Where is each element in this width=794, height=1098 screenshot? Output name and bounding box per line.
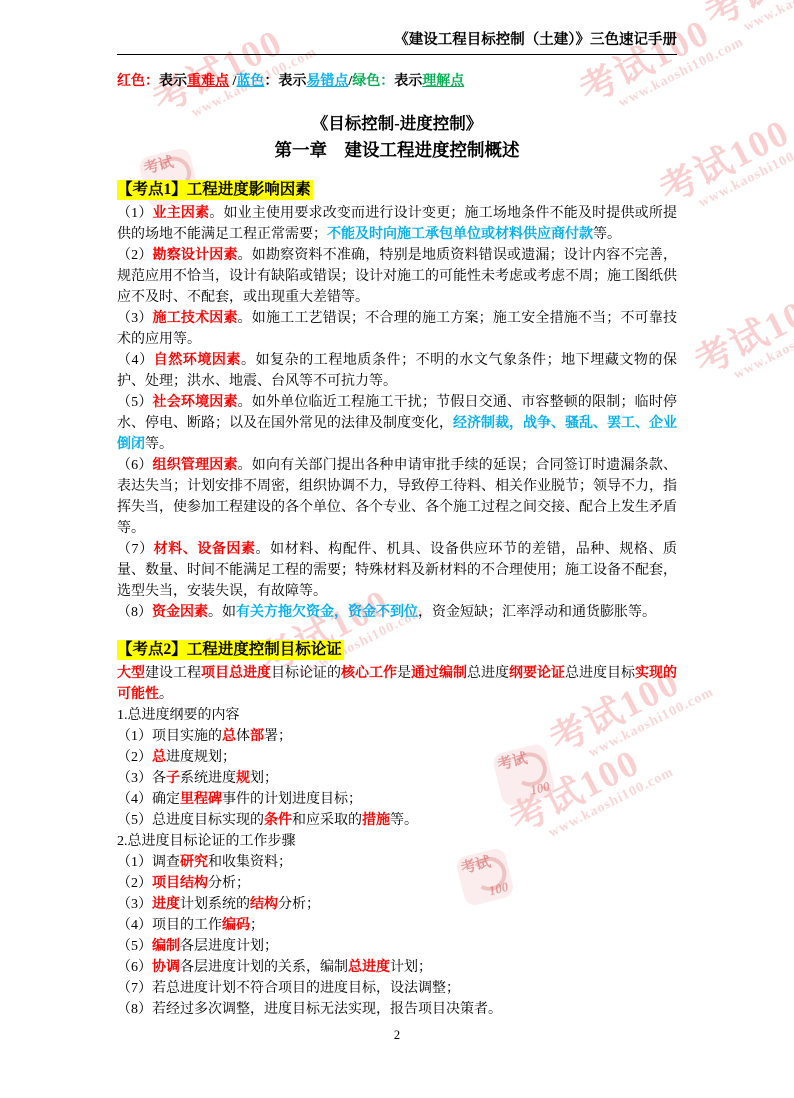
watermark-url-text: www.kaoshi100.com	[696, 135, 794, 212]
text-run: 和收集资料；	[208, 855, 292, 870]
paragraph: 2.总进度目标论证的工作步骤	[117, 831, 677, 852]
text-run: 划；	[250, 771, 278, 786]
text-run: （8）若经过多次调整，进度目标无法实现，报告项目决策者。	[117, 1002, 502, 1017]
text-run: 表示	[278, 74, 306, 89]
text-run: ，资金短缺；汇率浮动和通货膨胀等。	[418, 605, 656, 620]
paragraph: （2）项目结构分析；	[117, 873, 677, 894]
text-run: 自然环境因素	[154, 353, 241, 368]
text-run: 体	[236, 729, 250, 744]
paragraph: （6）协调各层进度计划的关系，编制总进度计划；	[117, 957, 677, 978]
text-run: 署；	[264, 729, 292, 744]
text-run: 总进度目标	[565, 666, 635, 681]
paragraph: （7）若总进度计划不符合项目的进度目标，设法调整；	[117, 978, 677, 999]
text-run: 社会环境因素	[153, 395, 238, 410]
text-run: （6）	[117, 458, 153, 473]
text-run: （3）	[117, 897, 152, 912]
text-run: 措施	[362, 813, 390, 828]
paragraph: （2）总进度规划；	[117, 747, 677, 768]
text-run: 等。	[593, 227, 621, 242]
text-run: 纲要论证	[509, 666, 565, 681]
text-run: （8）	[117, 605, 152, 620]
text-run: 施工技术因素	[153, 311, 238, 326]
text-run: 大型	[117, 666, 145, 681]
text-run: （1）项目实施的	[117, 729, 222, 744]
text-run: 理解点	[422, 74, 464, 89]
watermark-url-text: www.kaoshi100.com	[741, 0, 794, 36]
text-run: （2）	[117, 750, 152, 765]
text-run: 易错点	[306, 74, 348, 89]
text-run: 编码	[222, 918, 250, 933]
watermark-brand-text: 考试100	[700, 0, 794, 34]
text-run: （4）确定	[117, 792, 180, 807]
text-run: （5）	[117, 395, 153, 410]
paragraph: （1）业主因素。如业主使用要求改变而进行设计变更；施工场地条件不能及时提供或所提…	[117, 203, 677, 245]
text-run: （1）调查	[117, 855, 180, 870]
header-divider	[117, 54, 677, 55]
text-run: 1.总进度纲要的内容	[117, 708, 240, 723]
text-run: 进度规划；	[166, 750, 236, 765]
exam-point-section: 【考点1】工程进度影响因素（1）业主因素。如业主使用要求改变而进行设计变更；施工…	[117, 179, 677, 623]
text-run: 编制	[152, 939, 180, 954]
document-title: 《目标控制-进度控制》	[117, 112, 677, 135]
paragraph: （2）勘察设计因素。如勘察资料不准确，特别是地质资料错误或遗漏；设计内容不完善，…	[117, 245, 677, 308]
text-run: 组织管理因素	[153, 458, 238, 473]
text-run: （2）	[117, 248, 153, 263]
text-run: （5）	[117, 939, 152, 954]
text-run: （7）	[117, 542, 154, 557]
paragraph: （5）编制各层进度计划；	[117, 936, 677, 957]
paragraph: 大型建设工程项目总进度目标论证的核心工作是通过编制总进度纲要论证总进度目标实现的…	[117, 663, 677, 705]
text-run: 总进度	[467, 666, 509, 681]
text-run: 是	[397, 666, 411, 681]
text-run: 系统进度	[180, 771, 236, 786]
text-run: 材料、设备因素	[154, 542, 256, 557]
text-run: （2）	[117, 876, 152, 891]
paragraph: （4）自然环境因素。如复杂的工程地质条件；不明的水文气象条件；地下埋藏文物的保护…	[117, 350, 677, 392]
text-run: 红色：	[117, 74, 159, 89]
paragraph: （1）项目实施的总体部署；	[117, 726, 677, 747]
text-run: 等。	[390, 813, 418, 828]
text-run: （4）项目的工作	[117, 918, 222, 933]
text-run: 蓝色	[236, 74, 264, 89]
text-run: （4）	[117, 353, 154, 368]
chapter-title: 第一章 建设工程进度控制概述	[117, 138, 677, 163]
text-run: 。如	[208, 605, 236, 620]
text-run: 绿色：	[352, 74, 394, 89]
text-run: 勘察设计因素	[153, 248, 238, 263]
text-run: 规	[236, 771, 250, 786]
paragraph: 1.总进度纲要的内容	[117, 705, 677, 726]
content-layer: 《建设工程目标控制（土建）》三色速记手册 红色：表示重难点 /蓝色：表示易错点/…	[117, 30, 677, 1020]
paragraph: （4）确定里程碑事件的计划进度目标；	[117, 789, 677, 810]
exam-point-heading: 【考点2】工程进度控制目标论证	[117, 639, 677, 660]
paragraph: （7）材料、设备因素。如材料、构配件、机具、设备供应环节的差错，品种、规格、质量…	[117, 539, 677, 602]
text-run: 各层进度计划的关系，编制	[180, 960, 348, 975]
header-title: 《建设工程目标控制（土建）》三色速记手册	[117, 30, 677, 50]
text-run: 建设工程	[145, 666, 201, 681]
paragraph: （4）项目的工作编码；	[117, 915, 677, 936]
text-run: 重难点	[187, 74, 229, 89]
text-run: 分析；	[278, 897, 320, 912]
text-run: 总	[222, 729, 236, 744]
text-run: 总	[152, 750, 166, 765]
text-run: 协调	[152, 960, 180, 975]
paragraph: （8）资金因素。如有关方拖欠资金，资金不到位，资金短缺；汇率浮动和通货膨胀等。	[117, 602, 677, 623]
text-run: 总进度	[348, 960, 390, 975]
text-run: 和应采取的	[292, 813, 362, 828]
paragraph: （8）若经过多次调整，进度目标无法实现，报告项目决策者。	[117, 999, 677, 1020]
watermark: 考试100www.kaoshi100.com	[690, 274, 794, 396]
paragraph: （5）总进度目标实现的条件和应采取的措施等。	[117, 810, 677, 831]
text-run: （6）	[117, 960, 152, 975]
text-run: 资金因素	[152, 605, 208, 620]
text-run: 有关方拖欠资金，资金不到位	[236, 605, 418, 620]
text-run: 进度	[152, 897, 180, 912]
paragraph: （3）进度计划系统的结构分析；	[117, 894, 677, 915]
text-run: 计划；	[390, 960, 432, 975]
text-run: 里程碑	[180, 792, 222, 807]
page-number: 2	[0, 1028, 794, 1043]
text-run: 研究	[180, 855, 208, 870]
text-run: 部	[250, 729, 264, 744]
sections-container: 【考点1】工程进度影响因素（1）业主因素。如业主使用要求改变而进行设计变更；施工…	[117, 179, 677, 1020]
text-run: （3）各	[117, 771, 166, 786]
text-run: 项目总进度	[201, 666, 271, 681]
watermark-url-text: www.kaoshi100.com	[731, 307, 794, 384]
color-legend: 红色：表示重难点 /蓝色：表示易错点/绿色：表示理解点	[117, 72, 677, 92]
paragraph: （3）施工技术因素。如施工工艺错误；不合理的施工方案；施工安全措施不当；不可靠技…	[117, 308, 677, 350]
text-run: 通过编制	[411, 666, 467, 681]
text-run: 目标论证的	[271, 666, 341, 681]
text-run: 各层进度计划；	[180, 939, 278, 954]
text-run: （1）	[117, 206, 153, 221]
text-run: 分析；	[208, 876, 250, 891]
paragraph: （1）调查研究和收集资料；	[117, 852, 677, 873]
text-run: （3）	[117, 311, 153, 326]
text-run: 条件	[264, 813, 292, 828]
text-run: 计划系统的	[180, 897, 250, 912]
text-run: 表示	[159, 74, 187, 89]
text-run: ；	[250, 918, 264, 933]
watermark: 考试100www.kaoshi100.com	[700, 0, 794, 48]
document-page: 考试100www.kaoshi100.com考试100www.kaoshi100…	[0, 0, 794, 1098]
heading-highlight: 【考点1】工程进度影响因素	[117, 180, 313, 200]
text-run: 等。	[145, 437, 173, 452]
text-run: 核心工作	[341, 666, 397, 681]
text-run: 事件的计划进度目标；	[222, 792, 362, 807]
text-run: （7）若总进度计划不符合项目的进度目标，设法调整；	[117, 981, 460, 996]
text-run: 不能及时向施工承包单位或材料供应商付款	[327, 227, 593, 242]
paragraph: （6）组织管理因素。如向有关部门提出各种申请审批手续的延误；合同签订时遗漏条款、…	[117, 455, 677, 539]
text-run: 结构	[250, 897, 278, 912]
text-run: 2.总进度目标论证的工作步骤	[117, 834, 296, 849]
text-run: 子	[166, 771, 180, 786]
exam-point-heading: 【考点1】工程进度影响因素	[117, 179, 677, 200]
text-run: 项目结构	[152, 876, 208, 891]
paragraph: （5）社会环境因素。如外单位临近工程施工干扰；节假日交通、市容整顿的限制；临时停…	[117, 392, 677, 455]
text-run: （5）总进度目标实现的	[117, 813, 264, 828]
paragraph: （3）各子系统进度规划；	[117, 768, 677, 789]
text-run: 业主因素	[153, 206, 210, 221]
text-run: ：	[264, 74, 278, 89]
exam-point-section: 【考点2】工程进度控制目标论证大型建设工程项目总进度目标论证的核心工作是通过编制…	[117, 639, 677, 1020]
watermark-brand-text: 考试100	[690, 274, 794, 382]
text-run: 。	[159, 687, 173, 702]
heading-highlight: 【考点2】工程进度控制目标论证	[117, 640, 344, 660]
text-run: 表示	[394, 74, 422, 89]
